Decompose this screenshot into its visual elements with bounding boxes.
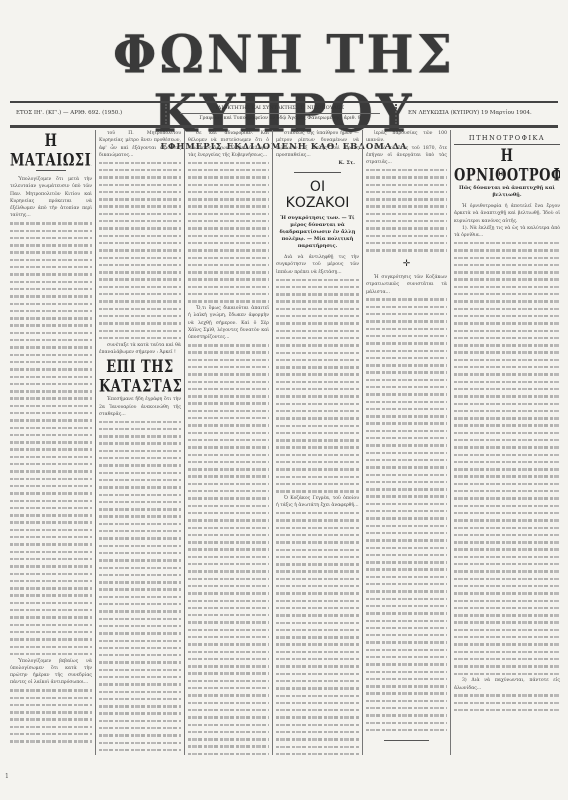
text-line [276, 692, 359, 699]
text-line [99, 418, 181, 425]
text-line [188, 385, 269, 392]
text-line [99, 166, 181, 173]
text-line [10, 570, 92, 577]
text-line [276, 334, 359, 341]
text-line [188, 728, 269, 735]
text-line [99, 717, 181, 724]
article-body-lines [99, 159, 181, 341]
text-line [454, 247, 560, 254]
text-line [454, 502, 560, 509]
text-line [99, 203, 181, 210]
text-line [366, 296, 447, 303]
text-line [99, 320, 181, 327]
text-line [366, 456, 447, 463]
text-line [276, 356, 359, 363]
text-line [99, 327, 181, 334]
text-line [366, 675, 447, 682]
text-line [10, 337, 92, 344]
text-line [10, 555, 92, 562]
text-line [188, 159, 269, 166]
text-line [454, 612, 560, 619]
text-line [188, 670, 269, 677]
article-body-lines [366, 296, 447, 734]
text-line [366, 719, 447, 726]
text-line [99, 608, 181, 615]
text-line [99, 305, 181, 312]
text-line [276, 510, 359, 517]
text-line [10, 220, 92, 227]
text-line [454, 655, 560, 662]
article-deck: Πῶς δύνανται νὰ ἀναπτυχθῇ καὶ βελτιωθῇ. [454, 185, 560, 199]
text-line [188, 648, 269, 655]
text-line [366, 500, 447, 507]
text-line [10, 628, 92, 635]
text-line [10, 351, 92, 358]
article-paragraph: Ὁ Κοζάκος Γεγρέα, τοῦ ὁποίου ἡ τάξις ἡ ἀ… [276, 495, 359, 510]
text-line [276, 736, 359, 743]
text-line [10, 395, 92, 402]
text-line [99, 681, 181, 688]
column-2: τοῦ Π. Μητροπολίτου Κυρηνείας μέτρο ἄνευ… [99, 130, 181, 755]
text-line [188, 663, 269, 670]
column-rule [362, 130, 363, 755]
text-line [10, 271, 92, 278]
text-line [10, 526, 92, 533]
text-line [276, 648, 359, 655]
text-line [10, 592, 92, 599]
text-line [10, 417, 92, 424]
text-line [188, 655, 269, 662]
text-line [99, 440, 181, 447]
text-line [366, 398, 447, 405]
text-line [188, 349, 269, 356]
text-line [188, 283, 269, 290]
text-line [454, 692, 560, 699]
article-body-lines [276, 510, 359, 755]
text-line [10, 512, 92, 519]
text-line [99, 298, 181, 305]
text-line [366, 239, 447, 246]
text-line [188, 364, 269, 371]
text-line [99, 469, 181, 476]
column-rule [272, 130, 273, 755]
text-line [188, 619, 269, 626]
text-line [276, 575, 359, 582]
text-line [276, 437, 359, 444]
text-line [188, 699, 269, 706]
text-line [276, 444, 359, 451]
text-line [366, 303, 447, 310]
text-line [454, 546, 560, 553]
text-line [99, 491, 181, 498]
text-line [366, 427, 447, 434]
text-line [188, 429, 269, 436]
text-line [276, 670, 359, 677]
text-line [10, 285, 92, 292]
text-line [454, 283, 560, 290]
column-4: στάσεως τῆς ὑπαίθρου ἡμῶν — μέτρον ρίπτω… [276, 130, 359, 755]
article-body-lines [366, 166, 447, 254]
text-line [10, 475, 92, 482]
text-line [366, 712, 447, 719]
text-line [99, 688, 181, 695]
text-line [276, 619, 359, 626]
text-line [454, 378, 560, 385]
text-line [10, 548, 92, 555]
cross-ornament-icon: ✛ [366, 259, 447, 269]
text-line [366, 639, 447, 646]
text-line [454, 495, 560, 502]
text-line [188, 239, 269, 246]
text-line [454, 261, 560, 268]
text-line [454, 415, 560, 422]
text-line [99, 520, 181, 527]
article-paragraph: σε καὶ ἀδιαφορίαν. Καὶ θέλομεν νὰ πιστεύ… [188, 130, 269, 159]
text-line [454, 327, 560, 334]
text-line [454, 509, 560, 516]
text-line [366, 318, 447, 325]
text-line [188, 458, 269, 465]
text-line [99, 746, 181, 753]
text-line [454, 349, 560, 356]
text-line [366, 668, 447, 675]
text-line [188, 232, 269, 239]
text-line [10, 358, 92, 365]
text-line [10, 227, 92, 234]
column-rule [450, 130, 451, 755]
text-line [454, 648, 560, 655]
text-line [10, 300, 92, 307]
text-line [188, 254, 269, 261]
section-kicker: ΠΤΗΝΟΤΡΟΦΙΚΑ [454, 134, 560, 145]
text-line [99, 334, 181, 341]
text-line [99, 754, 181, 755]
text-line [188, 706, 269, 713]
text-line [454, 393, 560, 400]
publisher-line: ΙΔΙΟΚΤΗΤΗΣ ΚΑΙ ΣΥΝΤΑΚΤΗΣ : Γ. ΝΙΚΟΠΟΥΛΟΣ [180, 105, 380, 114]
text-line [276, 283, 359, 290]
text-line [10, 461, 92, 468]
text-line [276, 707, 359, 714]
text-line [188, 291, 269, 298]
text-line [188, 524, 269, 531]
text-line [366, 405, 447, 412]
article-body-lines [188, 342, 269, 755]
text-line [366, 449, 447, 456]
text-line [188, 444, 269, 451]
text-line [366, 247, 447, 254]
text-line [454, 597, 560, 604]
text-line [276, 524, 359, 531]
text-line [188, 597, 269, 604]
page-marker: 1 [5, 773, 9, 780]
text-line [99, 447, 181, 454]
text-line [276, 349, 359, 356]
article-headline: ΟΙ ΚΟΖΑΚΟΙ [276, 179, 359, 211]
text-line [366, 697, 447, 704]
text-line [366, 471, 447, 478]
text-line [366, 508, 447, 515]
text-line [366, 203, 447, 210]
text-line [454, 385, 560, 392]
text-line [276, 480, 359, 487]
text-line [188, 750, 269, 755]
text-line [454, 334, 560, 341]
text-line [188, 575, 269, 582]
text-line [366, 624, 447, 631]
text-line [10, 607, 92, 614]
text-line [99, 579, 181, 586]
text-line [188, 612, 269, 619]
text-line [188, 480, 269, 487]
text-line [99, 703, 181, 710]
text-line [366, 347, 447, 354]
text-line [366, 181, 447, 188]
text-line [10, 709, 92, 716]
text-line [99, 528, 181, 535]
text-line [276, 320, 359, 327]
text-line [10, 731, 92, 738]
text-line [188, 203, 269, 210]
article-body-lines [188, 159, 269, 305]
text-line [99, 666, 181, 673]
text-line [10, 650, 92, 657]
text-line [10, 482, 92, 489]
text-line [454, 422, 560, 429]
column-1: Η ΜΑΤΑΙΩΣΙΣὙπολογίζομεν ὅτι μετὰ τὴν τελ… [10, 130, 92, 755]
column-3: σε καὶ ἀδιαφορίαν. Καὶ θέλομεν νὰ πιστεύ… [188, 130, 269, 755]
text-line [99, 239, 181, 246]
text-line [99, 542, 181, 549]
text-line [99, 196, 181, 203]
text-line [366, 174, 447, 181]
text-line [454, 239, 560, 246]
text-line [99, 652, 181, 659]
ornament-divider [395, 104, 397, 124]
text-line [10, 366, 92, 373]
text-line [99, 506, 181, 513]
text-line [366, 210, 447, 217]
text-line [366, 325, 447, 332]
text-line [99, 557, 181, 564]
text-line [10, 234, 92, 241]
text-line [276, 276, 359, 283]
text-line [366, 646, 447, 653]
text-line [454, 663, 560, 670]
dateline: ΕΝ ΛΕΥΚΩΣΙΑ (ΚΥΠΡΟΥ) 19 Μαρτίου 1904. [408, 110, 532, 116]
text-line [99, 218, 181, 225]
text-line [454, 568, 560, 575]
text-line [276, 473, 359, 480]
text-line [188, 626, 269, 633]
text-line [99, 637, 181, 644]
text-line [276, 371, 359, 378]
publisher-box: ΙΔΙΟΚΤΗΤΗΣ ΚΑΙ ΣΥΝΤΑΚΤΗΣ : Γ. ΝΙΚΟΠΟΥΛΟΣ… [170, 105, 390, 121]
text-line [188, 451, 269, 458]
text-line [276, 517, 359, 524]
text-line [99, 571, 181, 578]
text-line [366, 384, 447, 391]
text-line [10, 256, 92, 263]
text-line [10, 410, 92, 417]
text-line [454, 480, 560, 487]
text-line [366, 683, 447, 690]
text-line [454, 429, 560, 436]
text-line [454, 619, 560, 626]
text-line [276, 488, 359, 495]
text-line [99, 455, 181, 462]
text-line [188, 692, 269, 699]
text-line [188, 378, 269, 385]
text-line [99, 254, 181, 261]
text-line [454, 466, 560, 473]
text-line [276, 612, 359, 619]
article-body-lines [454, 239, 560, 677]
text-line [276, 415, 359, 422]
text-line [276, 626, 359, 633]
text-line [188, 181, 269, 188]
text-line [188, 174, 269, 181]
text-line [276, 546, 359, 553]
article-paragraph: 3) Διὰ νὰ παχύνωνται, πάντοτε εἰς ἀλωνίδ… [454, 677, 560, 692]
text-line [10, 322, 92, 329]
column-6: ΠΤΗΝΟΤΡΟΦΙΚΑΗ ΟΡΝΙΘΟΤΡΟΦΙΑΠῶς δύνανται ν… [454, 130, 560, 755]
text-line [99, 659, 181, 666]
text-line [454, 305, 560, 312]
text-line [99, 484, 181, 491]
text-line [10, 490, 92, 497]
text-line [10, 563, 92, 570]
text-line [454, 539, 560, 546]
text-line [366, 196, 447, 203]
text-line [10, 701, 92, 708]
issue-info-bar: ΕΤΟΣ ΙΗ'. (ΚΓ'.) — ΑΡΙΘ. 692. (1950.) ΙΔ… [10, 104, 558, 124]
text-line [99, 673, 181, 680]
text-line [10, 264, 92, 271]
text-line [276, 466, 359, 473]
article-paragraph: 1). Νὰ ἐκλέξῃ τις νὰ ὡς τὰ καλύτερα ἀπὸ … [454, 225, 560, 240]
text-line [188, 276, 269, 283]
text-line [10, 373, 92, 380]
text-line [188, 400, 269, 407]
text-line [188, 531, 269, 538]
text-line [188, 269, 269, 276]
text-line [99, 210, 181, 217]
text-line [366, 537, 447, 544]
text-line [99, 622, 181, 629]
text-line [276, 750, 359, 755]
text-line [99, 601, 181, 608]
text-line [10, 380, 92, 387]
article-paragraph: Ἡ ὀρνιθοτροφία ἡ ἀποτελεῖ ἕνα ἔργον ἀρκε… [454, 203, 560, 225]
text-line [10, 599, 92, 606]
text-line [276, 721, 359, 728]
text-line [276, 539, 359, 546]
text-line [10, 723, 92, 730]
text-line [366, 420, 447, 427]
article-paragraph: Ὑπολογίζομεν βεβαίως νὰ ὑπολογίσωμεν ὅτι… [10, 658, 92, 687]
text-line [276, 568, 359, 575]
text-line [99, 283, 181, 290]
article-paragraph: Διὰ νὰ ἀντιληφθῇ τις τὴν συγκρότησιν τοῦ… [276, 254, 359, 276]
text-line [276, 583, 359, 590]
text-line [366, 218, 447, 225]
text-line [99, 593, 181, 600]
text-line [188, 473, 269, 480]
text-line [188, 298, 269, 305]
text-line [276, 407, 359, 414]
text-line [454, 634, 560, 641]
text-line [10, 402, 92, 409]
text-line [188, 604, 269, 611]
text-line [276, 327, 359, 334]
address-line: Γραφεῖον καὶ Τυπογραφεῖον ἐν δδῷ Ἀγορᾶς … [170, 116, 390, 121]
text-line [454, 276, 560, 283]
text-line [276, 699, 359, 706]
text-line [366, 232, 447, 239]
text-line [188, 488, 269, 495]
text-line [276, 663, 359, 670]
text-line [276, 422, 359, 429]
text-line [10, 694, 92, 701]
text-line [454, 254, 560, 261]
article-body-lines [276, 276, 359, 495]
text-line [99, 181, 181, 188]
top-rule [10, 101, 558, 103]
text-line [10, 497, 92, 504]
text-line [454, 320, 560, 327]
text-line [366, 653, 447, 660]
text-line [366, 559, 447, 566]
text-line [366, 588, 447, 595]
text-line [10, 315, 92, 322]
text-line [276, 429, 359, 436]
text-line [366, 610, 447, 617]
column-rule [184, 130, 185, 755]
text-line [276, 597, 359, 604]
text-line [10, 504, 92, 511]
text-line [366, 225, 447, 232]
text-line [366, 726, 447, 733]
text-line [99, 564, 181, 571]
text-line [454, 458, 560, 465]
text-line [188, 188, 269, 195]
text-line [366, 602, 447, 609]
article-deck: Ἡ συγκρότησις των. — Τί μέρος δύνανται ν… [276, 215, 359, 250]
text-line [366, 486, 447, 493]
text-line [188, 590, 269, 597]
text-line [99, 725, 181, 732]
text-line [188, 553, 269, 560]
text-line [454, 706, 560, 713]
text-line [276, 714, 359, 721]
text-line [99, 433, 181, 440]
text-line [276, 459, 359, 466]
text-line [99, 739, 181, 746]
text-line [188, 743, 269, 750]
text-line [454, 437, 560, 444]
text-line [454, 488, 560, 495]
text-line [188, 539, 269, 546]
text-line [366, 376, 447, 383]
text-line [366, 478, 447, 485]
text-line [10, 534, 92, 541]
article-body-lines [454, 692, 560, 714]
text-line [276, 298, 359, 305]
text-line [366, 551, 447, 558]
article-paragraph: Ἡ συγκρότησις τῶν Κοζάκων στρατιωτικῶς σ… [366, 274, 447, 296]
text-line [276, 634, 359, 641]
